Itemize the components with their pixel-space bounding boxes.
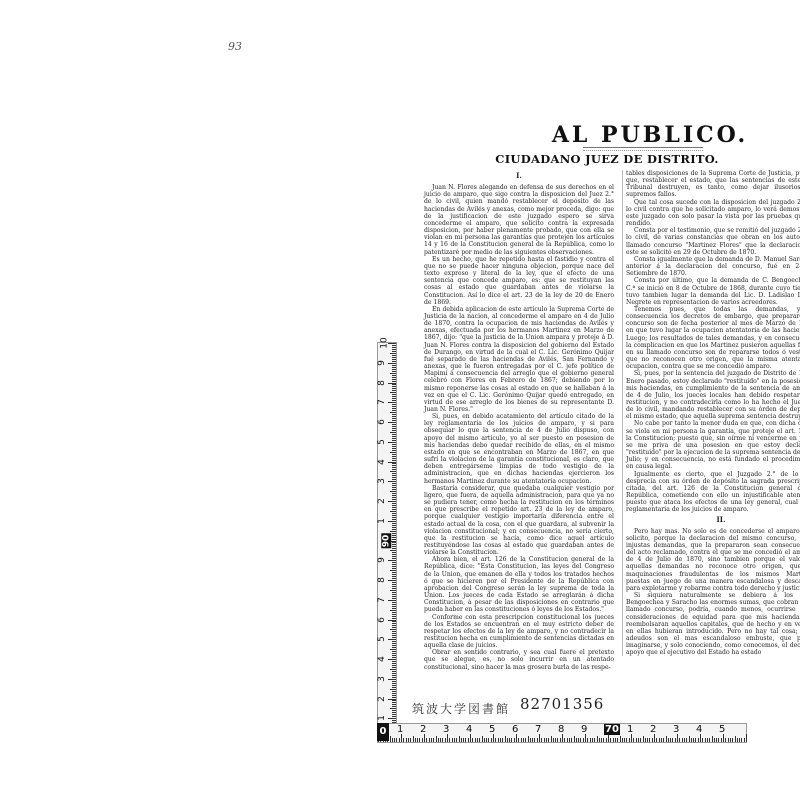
ruler-tick [735,736,736,742]
ruler-tick [470,734,471,742]
ruler-label: 4 [377,459,387,465]
ruler-tick [640,738,641,742]
ruler-tick [392,716,396,717]
ruler-label: 3 [673,724,679,735]
ruler-tick [438,738,439,742]
ruler-tick [728,738,729,742]
ruler-tick [392,349,396,350]
ruler-tick [392,685,396,686]
ruler-tick [392,438,396,439]
ruler-tick [500,738,501,742]
ruler-tick [624,738,625,742]
ruler-label: 4 [377,656,387,662]
ruler-tick [396,738,397,742]
ruler-tick [447,734,448,742]
ruler-tick [390,610,396,611]
ruler-origin-label: 0 [377,723,389,741]
ruler-tick [392,582,396,583]
ruler-label: 2 [377,498,387,504]
ruler-tick [392,710,396,711]
ruler-tick [737,738,738,742]
ruler-tick [603,738,604,742]
ruler-tick [633,738,634,742]
ruler-tick [452,738,453,742]
ruler-tick [392,594,396,595]
ruler-tick [700,734,701,742]
ruler-tick [388,679,396,680]
ruler-tick [436,736,437,742]
ruler-label: 2 [420,724,426,735]
ruler-label: 4 [466,724,472,735]
ruler-tick [647,738,648,742]
ruler-tick [723,734,724,742]
ruler-tick [693,738,694,742]
ruler-label: 1 [397,724,403,735]
ruler-tick [666,736,667,742]
ruler-tick [392,483,396,484]
ruler-tick [392,564,396,565]
ruler-tick [571,738,572,742]
ruler-tick [392,499,396,500]
ruler-tick [670,738,671,742]
ruler-label: 1 [377,715,387,721]
ruler-tick [562,734,563,742]
ruler-tick [392,418,396,419]
ruler-tick [392,416,396,417]
ruler-tick [392,436,396,437]
ruler-tick [392,697,396,698]
ruler-tick [392,625,396,626]
ruler-tick [392,706,396,707]
ruler-tick [392,568,396,569]
ruler-tick [392,586,396,587]
ruler-tick [392,702,396,703]
ruler-tick [388,363,396,364]
ruler-tick [392,663,396,664]
ruler-tick [597,736,598,742]
ruler-tick [392,487,396,488]
ruler-tick [390,736,391,742]
paragraph: En debida aplicacion de este artículo la… [424,306,614,413]
ruler-tick [392,596,396,597]
ruler-tick [449,738,450,742]
paragraph: Que tal cosa sucede con la disposicion d… [626,199,800,228]
ruler-tick [392,554,396,555]
ruler-label: 5 [377,439,387,445]
ruler-tick [392,558,396,559]
ruler-tick [401,734,402,742]
ruler-tick [583,738,584,742]
ruler-tick [702,738,703,742]
ruler-tick [392,475,396,476]
ruler-tick [544,738,545,742]
ruler-tick [392,621,396,622]
ruler-tick [392,489,396,490]
ruler-tick [553,738,554,742]
ruler-tick [392,473,396,474]
accession-number: 82701356 [520,695,604,713]
ruler-tick [392,420,396,421]
ruler-tick [392,574,396,575]
ruler-tick [463,738,464,742]
ruler-tick [392,365,396,366]
ruler-label: 1 [627,724,633,735]
ruler-tick [631,734,632,742]
ruler-tick [388,521,396,522]
ruler-tick [392,606,396,607]
paragraph: Pero hay mas. No solo es de concederse e… [626,528,800,592]
ruler-tick [502,738,503,742]
paragraph: No cabe por tanto la menor duda en que, … [626,420,800,470]
ruler-tick [392,509,396,510]
ruler-tick [498,738,499,742]
ruler-tick [461,738,462,742]
ruler-tick [548,738,549,742]
ruler-tick [465,738,466,742]
ruler-tick [610,738,611,742]
ruler-label: 9 [377,557,387,563]
ruler-tick [392,691,396,692]
ruler-tick [390,531,396,532]
ruler-tick [509,738,510,742]
ruler-tick [392,661,396,662]
ruler-tick [392,359,396,360]
ruler-tick [392,384,396,385]
ruler-tick [392,434,396,435]
ruler-tick [392,406,396,407]
ruler-tick [388,462,396,463]
ruler-tick [392,523,396,524]
ruler-tick [495,738,496,742]
ruler-tick [440,738,441,742]
ruler-tick [392,598,396,599]
ruler-tick [746,734,747,742]
ruler-label: 70 [604,724,620,735]
ruler-tick [615,738,616,742]
ruler-tick [392,456,396,457]
ruler-tick [442,738,443,742]
ruler-tick [388,481,396,482]
ruler-tick [392,556,396,557]
ruler-tick [392,390,396,391]
ruler-tick [417,738,418,742]
ruler-tick [390,649,396,650]
ruler-tick [392,612,396,613]
ruler-tick [392,345,396,346]
ruler-tick [392,410,396,411]
ruler-tick [392,367,396,368]
ruler-tick [399,738,400,742]
page-title: AL PUBLICO. [540,122,760,148]
paragraph: Es un hecho, que he repetido hasta el fa… [424,256,614,306]
ruler-tick [532,738,533,742]
ruler-tick [410,738,411,742]
ruler-tick [656,738,657,742]
ruler-tick [714,738,715,742]
ruler-tick [390,689,396,690]
ruler-tick [392,529,396,530]
ruler-tick [392,645,396,646]
ruler-tick [388,718,396,719]
ruler-tick [392,493,396,494]
ruler-tick [663,738,664,742]
ruler-tick [601,738,602,742]
ruler-tick [456,738,457,742]
ruler-tick [454,738,455,742]
ruler-tick [730,738,731,742]
ruler-tick [388,501,396,502]
ruler-tick [392,485,396,486]
ruler-tick [392,465,396,466]
ruler-tick [530,738,531,742]
ruler-tick [394,738,395,742]
ruler-tick [388,560,396,561]
ruler-label: 2 [377,696,387,702]
ruler-tick [388,600,396,601]
ruler-tick [709,738,710,742]
paragraph: Consta igualmente que la demanda de D. M… [626,256,800,277]
ruler-tick [392,627,396,628]
ruler-tick [392,497,396,498]
ruler-tick [392,355,396,356]
ruler-tick [392,369,396,370]
ruler-tick [392,351,396,352]
ruler-tick [413,736,414,742]
ruler-tick [392,608,396,609]
ruler-tick [475,738,476,742]
paragraph: Conforme con esta prescripcion constituc… [424,614,614,650]
ruler-tick [392,379,396,380]
ruler-tick [392,469,396,470]
ruler-tick [392,643,396,644]
ruler-tick [390,412,396,413]
ruler-tick [643,736,644,742]
title-rule [583,147,703,151]
ruler-tick [408,738,409,742]
ruler-tick [392,460,396,461]
ruler-tick [392,635,396,636]
ruler-tick [392,546,396,547]
ruler-tick [392,347,396,348]
ruler-tick [392,681,396,682]
ruler-tick [415,738,416,742]
ruler-tick [567,738,568,742]
ruler-tick [392,535,396,536]
ruler-tick [468,738,469,742]
ruler-label: 3 [443,724,449,735]
ruler-tick [392,446,396,447]
ruler-tick [392,440,396,441]
ruler-tick [392,602,396,603]
ruler-tick [388,402,396,403]
ruler-tick [392,537,396,538]
ruler-tick [392,655,396,656]
ruler-tick [537,738,538,742]
ruler-tick [392,517,396,518]
ruler-tick [514,738,515,742]
ruler-tick [392,527,396,528]
ruler-label: 7 [377,597,387,603]
ruler-tick [521,738,522,742]
ruler-tick [712,736,713,742]
ruler-tick [677,734,678,742]
ruler-tick [392,361,396,362]
ruler-tick [479,738,480,742]
ruler-tick [629,738,630,742]
ruler-tick [392,398,396,399]
ruler-tick [392,388,396,389]
ruler-tick [392,665,396,666]
ruler-tick [419,738,420,742]
ruler-tick [682,738,683,742]
ruler-label: 5 [719,724,725,735]
ruler-tick [482,736,483,742]
ruler-tick [493,734,494,742]
ruler-tick [392,414,396,415]
ruler-tick [645,738,646,742]
paragraph: Obrar en sentido contrario, y sea cual f… [424,649,614,670]
ruler-tick [392,467,396,468]
ruler-label: 2 [650,724,656,735]
ruler-label: 1 [377,518,387,524]
ruler-tick [392,673,396,674]
ruler-tick [716,738,717,742]
ruler-tick [580,738,581,742]
ruler-tick [445,738,446,742]
ruler-tick [488,738,489,742]
ruler-tick [392,477,396,478]
ruler-label: 6 [377,617,387,623]
ruler-tick [392,450,396,451]
ruler-tick [392,695,396,696]
ruler-tick [599,738,600,742]
ruler-tick [390,373,396,374]
ruler-tick [392,375,396,376]
right-text-column: tables disposiciones de la Suprema Corte… [622,170,800,656]
ruler-tick [557,738,558,742]
ruler-tick [388,699,396,700]
ruler-tick [484,738,485,742]
section-heading-1: I. [424,172,614,179]
ruler-tick [392,623,396,624]
ruler-tick [392,720,396,721]
ruler-tick [617,738,618,742]
ruler-tick [431,738,432,742]
ruler-tick [472,738,473,742]
ruler-tick [659,738,660,742]
ruler-tick [388,580,396,581]
ruler-label: 7 [535,724,541,735]
ruler-tick [392,394,396,395]
ruler-tick [392,693,396,694]
ruler-tick [654,734,655,742]
ruler-tick [578,738,579,742]
ruler-tick [725,738,726,742]
ruler-tick [732,738,733,742]
ruler-tick [585,734,586,742]
ruler-label: 7 [377,399,387,405]
ruler-tick [392,631,396,632]
ruler-tick [392,377,396,378]
ruler-label: 8 [558,724,564,735]
ruler-tick [689,736,690,742]
ruler-tick [652,738,653,742]
ruler-tick [392,618,396,619]
ruler-tick [739,738,740,742]
ruler-tick [390,452,396,453]
ruler-tick [392,667,396,668]
ruler-tick [392,386,396,387]
ruler-tick [429,738,430,742]
ruler-tick [392,544,396,545]
ruler-tick [392,633,396,634]
ruler-tick [392,552,396,553]
ruler-tick [392,519,396,520]
ruler-tick [569,738,570,742]
ruler-tick [390,570,396,571]
ruler-tick [392,704,396,705]
paragraph: Juan N. Flores alegando en defensa de su… [424,184,614,256]
ruler-tick [390,353,396,354]
ruler-tick [390,550,396,551]
ruler-tick [392,614,396,615]
ruler-tick [390,629,396,630]
ruler-tick [707,738,708,742]
ruler-tick [392,371,396,372]
ruler-tick [392,507,396,508]
ruler-tick [539,734,540,742]
ruler-label: 6 [512,724,518,735]
paragraph: Bastaría considerar, que quedaba cualqui… [424,485,614,557]
ruler-tick [390,669,396,670]
ruler-tick [406,738,407,742]
ruler-label: 5 [377,636,387,642]
ruler-tick [718,738,719,742]
ruler-tick [518,738,519,742]
ruler-tick [392,454,396,455]
ruler-tick [638,738,639,742]
horizontal-scale-ruler: 1234567897012345 [377,723,747,743]
ruler-tick [388,620,396,621]
ruler-label: 10 [380,337,390,348]
paragraph: Igualmente es cierto, que el Juzgado 2.°… [626,471,800,514]
ruler-label: 8 [377,380,387,386]
ruler-tick [392,687,396,688]
ruler-tick [392,578,396,579]
ruler-tick [392,448,396,449]
ruler-tick [392,505,396,506]
ruler-tick [424,734,425,742]
ruler-tick [392,657,396,658]
ruler-tick [587,738,588,742]
ruler-tick [392,576,396,577]
ruler-tick [392,566,396,567]
ruler-tick [392,444,396,445]
ruler-tick [392,426,396,427]
ruler-tick [564,738,565,742]
ruler-tick [426,738,427,742]
ruler-tick [392,539,396,540]
ruler-tick [392,562,396,563]
ruler-tick [392,641,396,642]
ruler-tick [392,525,396,526]
paragraph: Si, pues, por la sentencia del juzgado d… [626,370,800,420]
ruler-tick [392,683,396,684]
ruler-tick [390,471,396,472]
ruler-tick [606,738,607,742]
ruler-tick [388,639,396,640]
ruler-tick [576,738,577,742]
